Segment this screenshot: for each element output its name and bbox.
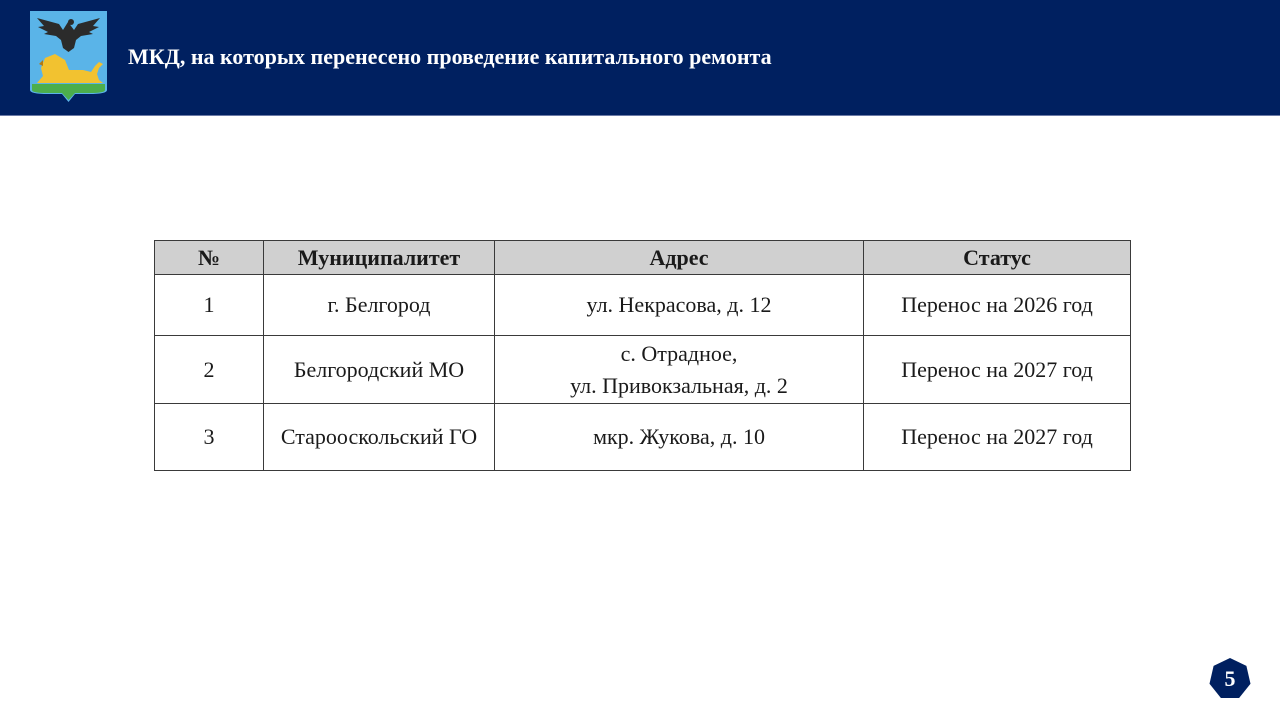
address-line: ул. Привокзальная, д. 2	[503, 370, 855, 402]
cell-number: 3	[155, 404, 264, 471]
cell-number: 2	[155, 336, 264, 404]
table-row: 3 Старооскольский ГО мкр. Жукова, д. 10 …	[155, 404, 1131, 471]
column-header-municipality: Муниципалитет	[264, 241, 495, 275]
page-number: 5	[1208, 657, 1252, 701]
cell-status: Перенос на 2026 год	[864, 275, 1131, 336]
cell-status: Перенос на 2027 год	[864, 336, 1131, 404]
deferred-repairs-table: № Муниципалитет Адрес Статус 1 г. Белгор…	[154, 240, 1131, 471]
cell-address: мкр. Жукова, д. 10	[495, 404, 864, 471]
cell-address: с. Отрадное, ул. Привокзальная, д. 2	[495, 336, 864, 404]
cell-municipality: Старооскольский ГО	[264, 404, 495, 471]
cell-municipality: Белгородский МО	[264, 336, 495, 404]
table-row: 2 Белгородский МО с. Отрадное, ул. Приво…	[155, 336, 1131, 404]
cell-municipality: г. Белгород	[264, 275, 495, 336]
address-line: с. Отрадное,	[503, 338, 855, 370]
header-banner: МКД, на которых перенесено проведение ка…	[0, 0, 1280, 116]
table-row: 1 г. Белгород ул. Некрасова, д. 12 Перен…	[155, 275, 1131, 336]
page-title: МКД, на которых перенесено проведение ка…	[128, 42, 772, 72]
belgorod-coat-of-arms-icon	[29, 10, 108, 102]
page-number-badge: 5	[1208, 657, 1252, 701]
cell-status: Перенос на 2027 год	[864, 404, 1131, 471]
table-header-row: № Муниципалитет Адрес Статус	[155, 241, 1131, 275]
column-header-status: Статус	[864, 241, 1131, 275]
column-header-address: Адрес	[495, 241, 864, 275]
cell-address: ул. Некрасова, д. 12	[495, 275, 864, 336]
cell-number: 1	[155, 275, 264, 336]
column-header-number: №	[155, 241, 264, 275]
address-line: ул. Некрасова, д. 12	[503, 289, 855, 321]
address-line: мкр. Жукова, д. 10	[503, 421, 855, 453]
